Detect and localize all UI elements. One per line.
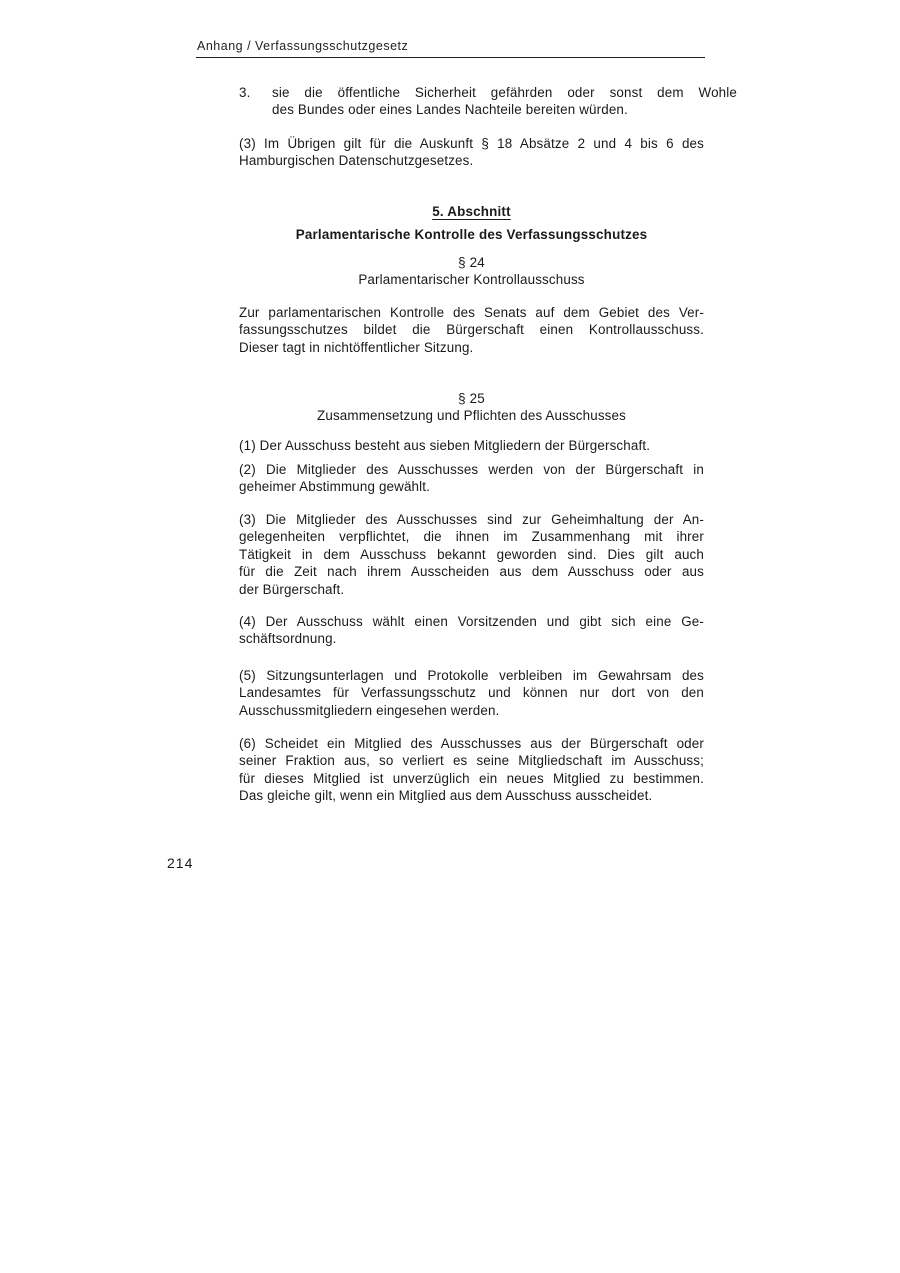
section-24-paragraph: Zur parlamentarischen Kontrolle des Sena…: [239, 304, 704, 356]
text-line: (6) Scheidet ein Mitglied des Ausschusse…: [239, 735, 704, 752]
text-line: Hamburgischen Datenschutzgesetzes.: [239, 152, 704, 169]
section-5-subheading: Parlamentarische Kontrolle des Verfassun…: [239, 226, 704, 243]
header-rule: [196, 57, 705, 58]
text-line: für dieses Mitglied ist unverzüglich ein…: [239, 770, 704, 787]
text-line: der Bürgerschaft.: [239, 581, 704, 598]
paragraph-auskunft: (3) Im Übrigen gilt für die Auskunft § 1…: [239, 135, 704, 170]
section-24-title: Parlamentarischer Kontrollausschuss: [239, 271, 704, 288]
section-25-paragraph-5: (5) Sitzungsunterlagen und Protokolle ve…: [239, 667, 704, 719]
section-25-paragraph-1: (1) Der Ausschuss besteht aus sieben Mit…: [239, 437, 704, 454]
list-item-3-marker: 3.: [239, 84, 272, 101]
text-line: gelegenheiten verpflichtet, die ihnen im…: [239, 528, 704, 545]
text-line: (3) Die Mitglieder des Ausschusses sind …: [239, 511, 704, 528]
section-25-paragraph-6: (6) Scheidet ein Mitglied des Ausschusse…: [239, 735, 704, 805]
text-line: sie die öffentliche Sicherheit gefährden…: [272, 84, 737, 101]
running-header: Anhang / Verfassungsschutzgesetz: [197, 39, 705, 54]
section-25-title: Zusammensetzung und Pflichten des Aussch…: [239, 407, 704, 424]
text-line: Tätigkeit in dem Ausschuss bekannt gewor…: [239, 546, 704, 563]
text-line: (3) Im Übrigen gilt für die Auskunft § 1…: [239, 135, 704, 152]
section-25-paragraph-2: (2) Die Mitglieder des Ausschusses werde…: [239, 461, 704, 496]
running-header-text: Anhang / Verfassungsschutzgesetz: [197, 39, 408, 53]
text-line: fassungsschutzes bildet die Bürgerschaft…: [239, 321, 704, 338]
text-line: (1) Der Ausschuss besteht aus sieben Mit…: [239, 437, 704, 454]
text-line: für die Zeit nach ihrem Ausscheiden aus …: [239, 563, 704, 580]
document-page: Anhang / Verfassungsschutzgesetz 3. sie …: [0, 0, 900, 1273]
section-25-paragraph-4: (4) Der Ausschuss wählt einen Vorsitzend…: [239, 613, 704, 648]
list-item-3: 3. sie die öffentliche Sicherheit gefähr…: [239, 84, 737, 119]
section-25-paragraph-3: (3) Die Mitglieder des Ausschusses sind …: [239, 511, 704, 598]
text-line: (5) Sitzungsunterlagen und Protokolle ve…: [239, 667, 704, 684]
section-24-number: § 24: [239, 254, 704, 271]
page-number: 214: [167, 855, 193, 872]
section-24-heading-block: § 24 Parlamentarischer Kontrollausschuss: [239, 254, 704, 289]
section-25-heading-block: § 25 Zusammensetzung und Pflichten des A…: [239, 390, 704, 425]
section-5-heading: 5. Abschnitt: [432, 204, 511, 219]
text-line: Zur parlamentarischen Kontrolle des Sena…: [239, 304, 704, 321]
text-line: Dieser tagt in nichtöffentlicher Sitzung…: [239, 339, 704, 356]
text-line: (2) Die Mitglieder des Ausschusses werde…: [239, 461, 704, 478]
text-line: Das gleiche gilt, wenn ein Mitglied aus …: [239, 787, 704, 804]
text-line: (4) Der Ausschuss wählt einen Vorsitzend…: [239, 613, 704, 630]
text-line: Ausschussmitgliedern eingesehen werden.: [239, 702, 704, 719]
section-25-number: § 25: [239, 390, 704, 407]
text-line: des Bundes oder eines Landes Nachteile b…: [272, 101, 737, 118]
text-line: seiner Fraktion aus, so verliert es sein…: [239, 752, 704, 769]
section-5-heading-block: 5. Abschnitt: [239, 203, 704, 220]
text-line: schäftsordnung.: [239, 630, 704, 647]
text-line: geheimer Abstimmung gewählt.: [239, 478, 704, 495]
text-line: Landesamtes für Verfassungsschutz und kö…: [239, 684, 704, 701]
